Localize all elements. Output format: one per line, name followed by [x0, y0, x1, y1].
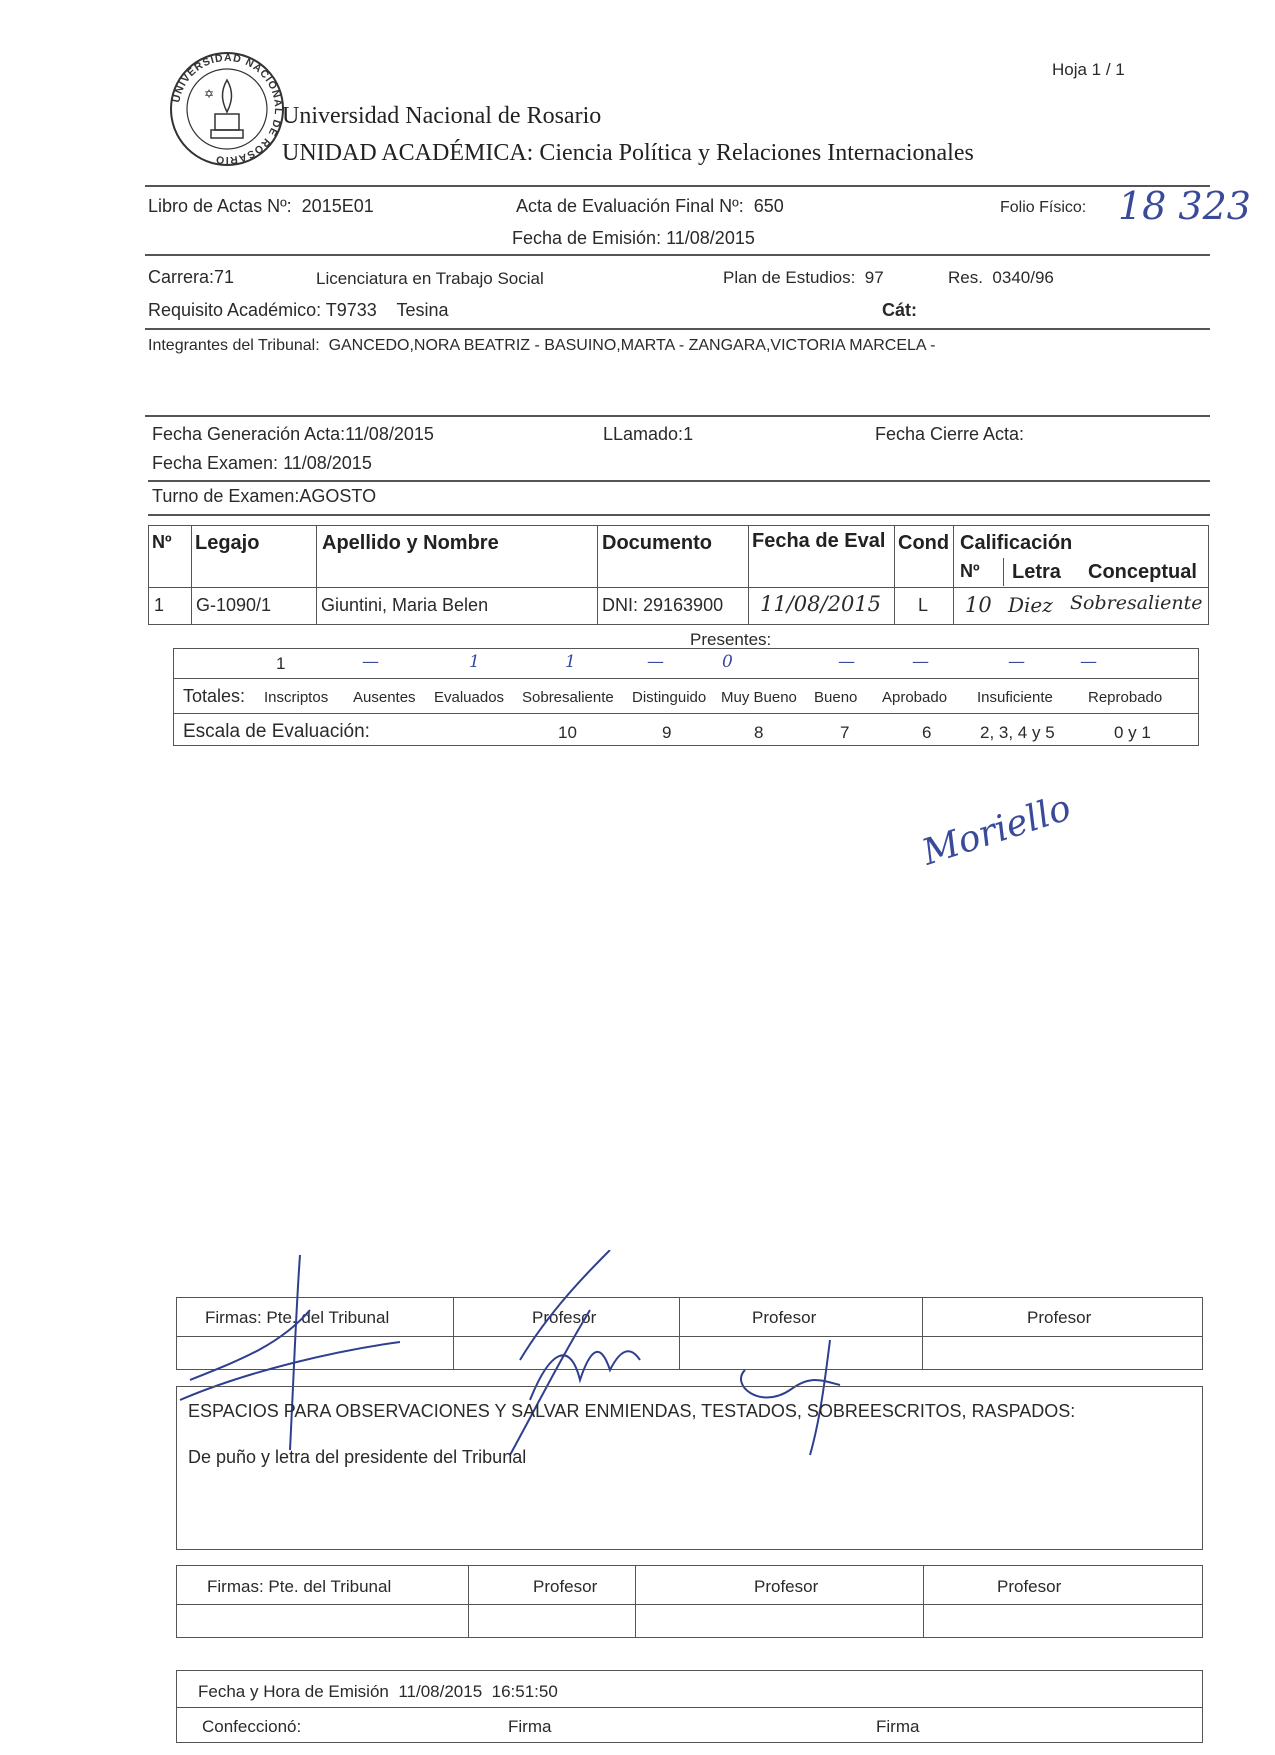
col-reprobado: Reprobado — [1088, 689, 1162, 706]
col-divider — [597, 525, 598, 625]
plan-label: Plan de Estudios: — [723, 268, 855, 287]
divider — [173, 713, 1199, 714]
res-value: 0340/96 — [992, 268, 1053, 287]
col-aprobado: Aprobado — [882, 689, 947, 706]
turno-examen: Turno de Examen:AGOSTO — [152, 486, 376, 507]
total-distinguido: — — [647, 652, 664, 672]
acta-label: Acta de Evaluación Final Nº: — [516, 196, 744, 216]
carrera-name: Licenciatura en Trabajo Social — [316, 269, 544, 289]
tribunal-members: GANCEDO,NORA BEATRIZ - BASUINO,MARTA - Z… — [329, 337, 936, 354]
examen-value: 11/08/2015 — [283, 453, 372, 473]
divider — [145, 328, 1210, 330]
turno-value: AGOSTO — [299, 486, 376, 506]
row-cal-letra: Diez — [1008, 593, 1053, 617]
university-name: Universidad Nacional de Rosario — [282, 103, 601, 130]
llamado-label: LLamado: — [603, 424, 683, 444]
total-reprobado: — — [1080, 652, 1097, 672]
signatures-table-2 — [176, 1565, 1203, 1638]
cat-label: Cát: — [882, 300, 917, 321]
col-divider — [922, 1297, 923, 1370]
libro-value: 2015E01 — [302, 196, 374, 216]
fecha-cierre-label: Fecha Cierre Acta: — [875, 424, 1024, 445]
tribunal: Integrantes del Tribunal: GANCEDO,NORA B… — [148, 337, 935, 355]
col-divider — [894, 525, 895, 625]
col-muy-bueno: Muy Bueno — [721, 689, 797, 706]
col-divider — [316, 525, 317, 625]
confecciono-label: Confeccionó: — [202, 1717, 301, 1737]
col-evaluados: Evaluados — [434, 689, 504, 706]
fecha-hora-emision: Fecha y Hora de Emisión 11/08/2015 16:51… — [198, 1682, 558, 1702]
col-divider — [953, 525, 954, 625]
requisito-label: Requisito Académico: — [148, 300, 321, 320]
fecha-examen: Fecha Examen: 11/08/2015 — [152, 453, 372, 474]
col-insuficiente: Insuficiente — [977, 689, 1053, 706]
emision-date: 11/08/2015 — [398, 1682, 482, 1701]
folio-label: Folio Físico: — [1000, 199, 1086, 217]
col-divider — [748, 525, 749, 625]
acta-number: Acta de Evaluación Final Nº: 650 — [516, 196, 784, 217]
sig1-profesor3-label: Profesor — [1027, 1308, 1091, 1328]
plan-estudios: Plan de Estudios: 97 — [723, 268, 884, 288]
res-label: Res. — [948, 268, 983, 287]
emision-time: 16:51:50 — [492, 1682, 558, 1701]
divider — [145, 415, 1210, 417]
header-cal-letra: Letra — [1012, 561, 1061, 584]
libro-label: Libro de Actas Nº: — [148, 196, 292, 216]
row-nombre: Giuntini, Maria Belen — [321, 595, 488, 616]
divider — [148, 480, 1210, 482]
total-evaluados: 1 — [469, 652, 480, 672]
examen-label: Fecha Examen: — [152, 453, 278, 473]
sig2-profesor1-label: Profesor — [533, 1577, 597, 1597]
table-header-divider — [148, 587, 1209, 588]
sig2-presidente-label: Firmas: Pte. del Tribunal — [207, 1577, 391, 1597]
col-distinguido: Distinguido — [632, 689, 706, 706]
row-cal-conceptual: Sobresaliente — [1070, 592, 1203, 614]
escala-bueno: 7 — [840, 723, 849, 743]
emision-label: Fecha y Hora de Emisión — [198, 1682, 389, 1701]
divider — [173, 678, 1199, 679]
divider — [148, 514, 1210, 516]
totales-label: Totales: — [183, 686, 245, 707]
presentes-label: Presentes: — [690, 630, 771, 650]
col-divider — [1003, 558, 1004, 586]
escala-muy-bueno: 8 — [754, 723, 763, 743]
col-sobresaliente: Sobresaliente — [522, 689, 614, 706]
escala-reprobado: 0 y 1 — [1114, 723, 1151, 743]
row-cal-num: 10 — [965, 593, 992, 617]
total-inscriptos: 1 — [276, 654, 285, 674]
total-aprobado: — — [912, 652, 929, 672]
requisito-name: Tesina — [397, 300, 449, 320]
fecha-emision: Fecha de Emisión: 11/08/2015 — [512, 228, 755, 249]
libro-actas: Libro de Actas Nº: 2015E01 — [148, 196, 374, 217]
university-seal-icon: UNIVERSIDAD NACIONAL DE ROSARIO ✡ — [168, 50, 286, 168]
header-documento: Documento — [602, 532, 712, 555]
turno-label: Turno de Examen: — [152, 486, 299, 506]
header-cal-num: Nº — [960, 561, 980, 582]
escala-insuficiente: 2, 3, 4 y 5 — [980, 723, 1055, 743]
carrera-label: Carrera: — [148, 267, 214, 287]
header-num: Nº — [152, 532, 172, 553]
total-ausentes: — — [362, 652, 379, 672]
total-insuficiente: — — [1008, 652, 1025, 672]
row-documento: DNI: 29163900 — [602, 595, 723, 616]
llamado: LLamado:1 — [603, 424, 693, 445]
sheet-number: Hoja 1 / 1 — [1052, 60, 1125, 80]
total-sobresaliente: 1 — [565, 652, 576, 672]
row-num: 1 — [154, 595, 164, 616]
fecha-emision-label: Fecha de Emisión: — [512, 228, 661, 248]
escala-distinguido: 9 — [662, 723, 671, 743]
generacion-value: 11/08/2015 — [345, 424, 434, 444]
requisito-code: T9733 — [326, 300, 377, 320]
divider — [145, 254, 1210, 256]
firma-label-1: Firma — [508, 1717, 551, 1737]
divider — [145, 185, 1210, 187]
observaciones-text: De puño y letra del presidente del Tribu… — [188, 1447, 526, 1468]
escala-sobresaliente: 10 — [558, 723, 577, 743]
header-fecha: Fecha de Eval — [752, 530, 885, 553]
plan-value: 97 — [865, 268, 884, 287]
requisito-academico: Requisito Académico: T9733 Tesina — [148, 300, 449, 321]
resolucion: Res. 0340/96 — [948, 268, 1054, 288]
tribunal-label: Integrantes del Tribunal: — [148, 337, 320, 354]
col-ausentes: Ausentes — [353, 689, 416, 706]
carrera: Carrera:71 — [148, 267, 234, 288]
divider — [176, 1604, 1203, 1605]
llamado-value: 1 — [683, 424, 693, 444]
header-legajo: Legajo — [195, 532, 259, 555]
fecha-emision-value: 11/08/2015 — [666, 228, 755, 248]
header-cond: Cond — [898, 532, 949, 555]
carrera-code: 71 — [214, 267, 234, 287]
col-divider — [635, 1565, 636, 1638]
header-calificacion: Calificación — [960, 532, 1072, 555]
handwritten-note: Moriello — [917, 787, 1075, 873]
sig2-profesor3-label: Profesor — [997, 1577, 1061, 1597]
header-cal-conceptual: Conceptual — [1088, 561, 1197, 584]
svg-text:✡: ✡ — [204, 87, 214, 101]
row-cond: L — [918, 595, 928, 616]
sig2-profesor2-label: Profesor — [754, 1577, 818, 1597]
col-divider — [468, 1565, 469, 1638]
academic-unit: UNIDAD ACADÉMICA: Ciencia Política y Rel… — [282, 140, 974, 167]
folio-handwritten: 18 323 — [1118, 184, 1251, 228]
col-bueno: Bueno — [814, 689, 857, 706]
col-divider — [923, 1565, 924, 1638]
total-bueno: — — [838, 652, 855, 672]
escala-label: Escala de Evaluación: — [183, 721, 370, 743]
total-muy-bueno: 0 — [722, 652, 733, 672]
col-inscriptos: Inscriptos — [264, 689, 328, 706]
escala-aprobado: 6 — [922, 723, 931, 743]
acta-value: 650 — [754, 196, 784, 216]
fecha-generacion: Fecha Generación Acta:11/08/2015 — [152, 424, 434, 445]
row-fecha: 11/08/2015 — [760, 592, 881, 616]
row-legajo: G-1090/1 — [196, 595, 271, 616]
col-divider — [191, 525, 192, 625]
observaciones-title: ESPACIOS PARA OBSERVACIONES Y SALVAR ENM… — [188, 1400, 1148, 1423]
divider — [176, 1707, 1203, 1708]
firma-label-2: Firma — [876, 1717, 919, 1737]
header-nombre: Apellido y Nombre — [322, 532, 499, 555]
generacion-label: Fecha Generación Acta: — [152, 424, 345, 444]
